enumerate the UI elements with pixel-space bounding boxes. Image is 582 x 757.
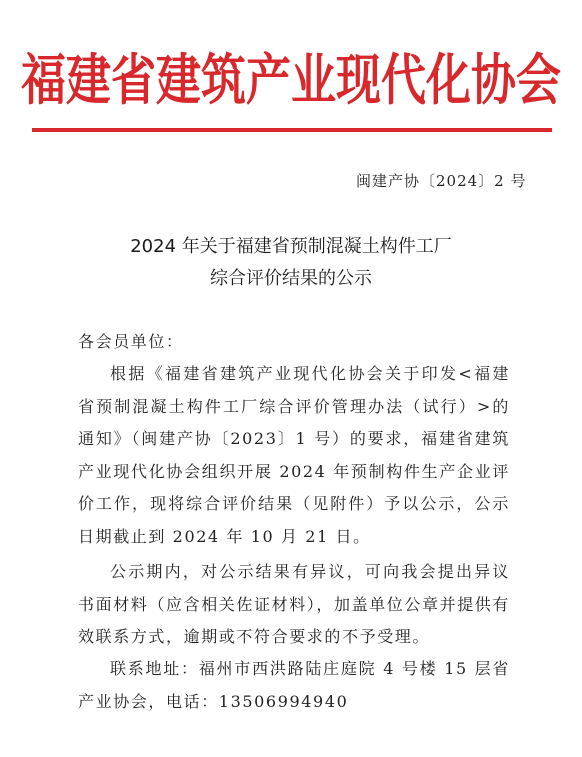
masthead-divider (32, 128, 552, 132)
document-title-line1: 2024 年关于福建省预制混凝土构件工厂 (0, 232, 582, 258)
organization-masthead: 福建省建筑产业现代化协会 (0, 38, 582, 123)
paragraph-contact: 联系地址：福州市西洪路陆庄庭院 4 号楼 15 层省产业协会，电话：135069… (78, 653, 510, 718)
document-number: 闽建产协〔2024〕2 号 (356, 170, 527, 191)
salutation: 各会员单位： (78, 326, 510, 359)
paragraph-basis: 根据《福建省建筑产业现代化协会关于印发<福建省预制混凝土构件工厂综合评价管理办法… (78, 358, 510, 553)
paragraph-objection: 公示期内，对公示结果有异议，可向我会提出异议书面材料（应含相关佐证材料），加盖单… (78, 556, 510, 654)
document-title-line2: 综合评价结果的公示 (0, 264, 582, 290)
